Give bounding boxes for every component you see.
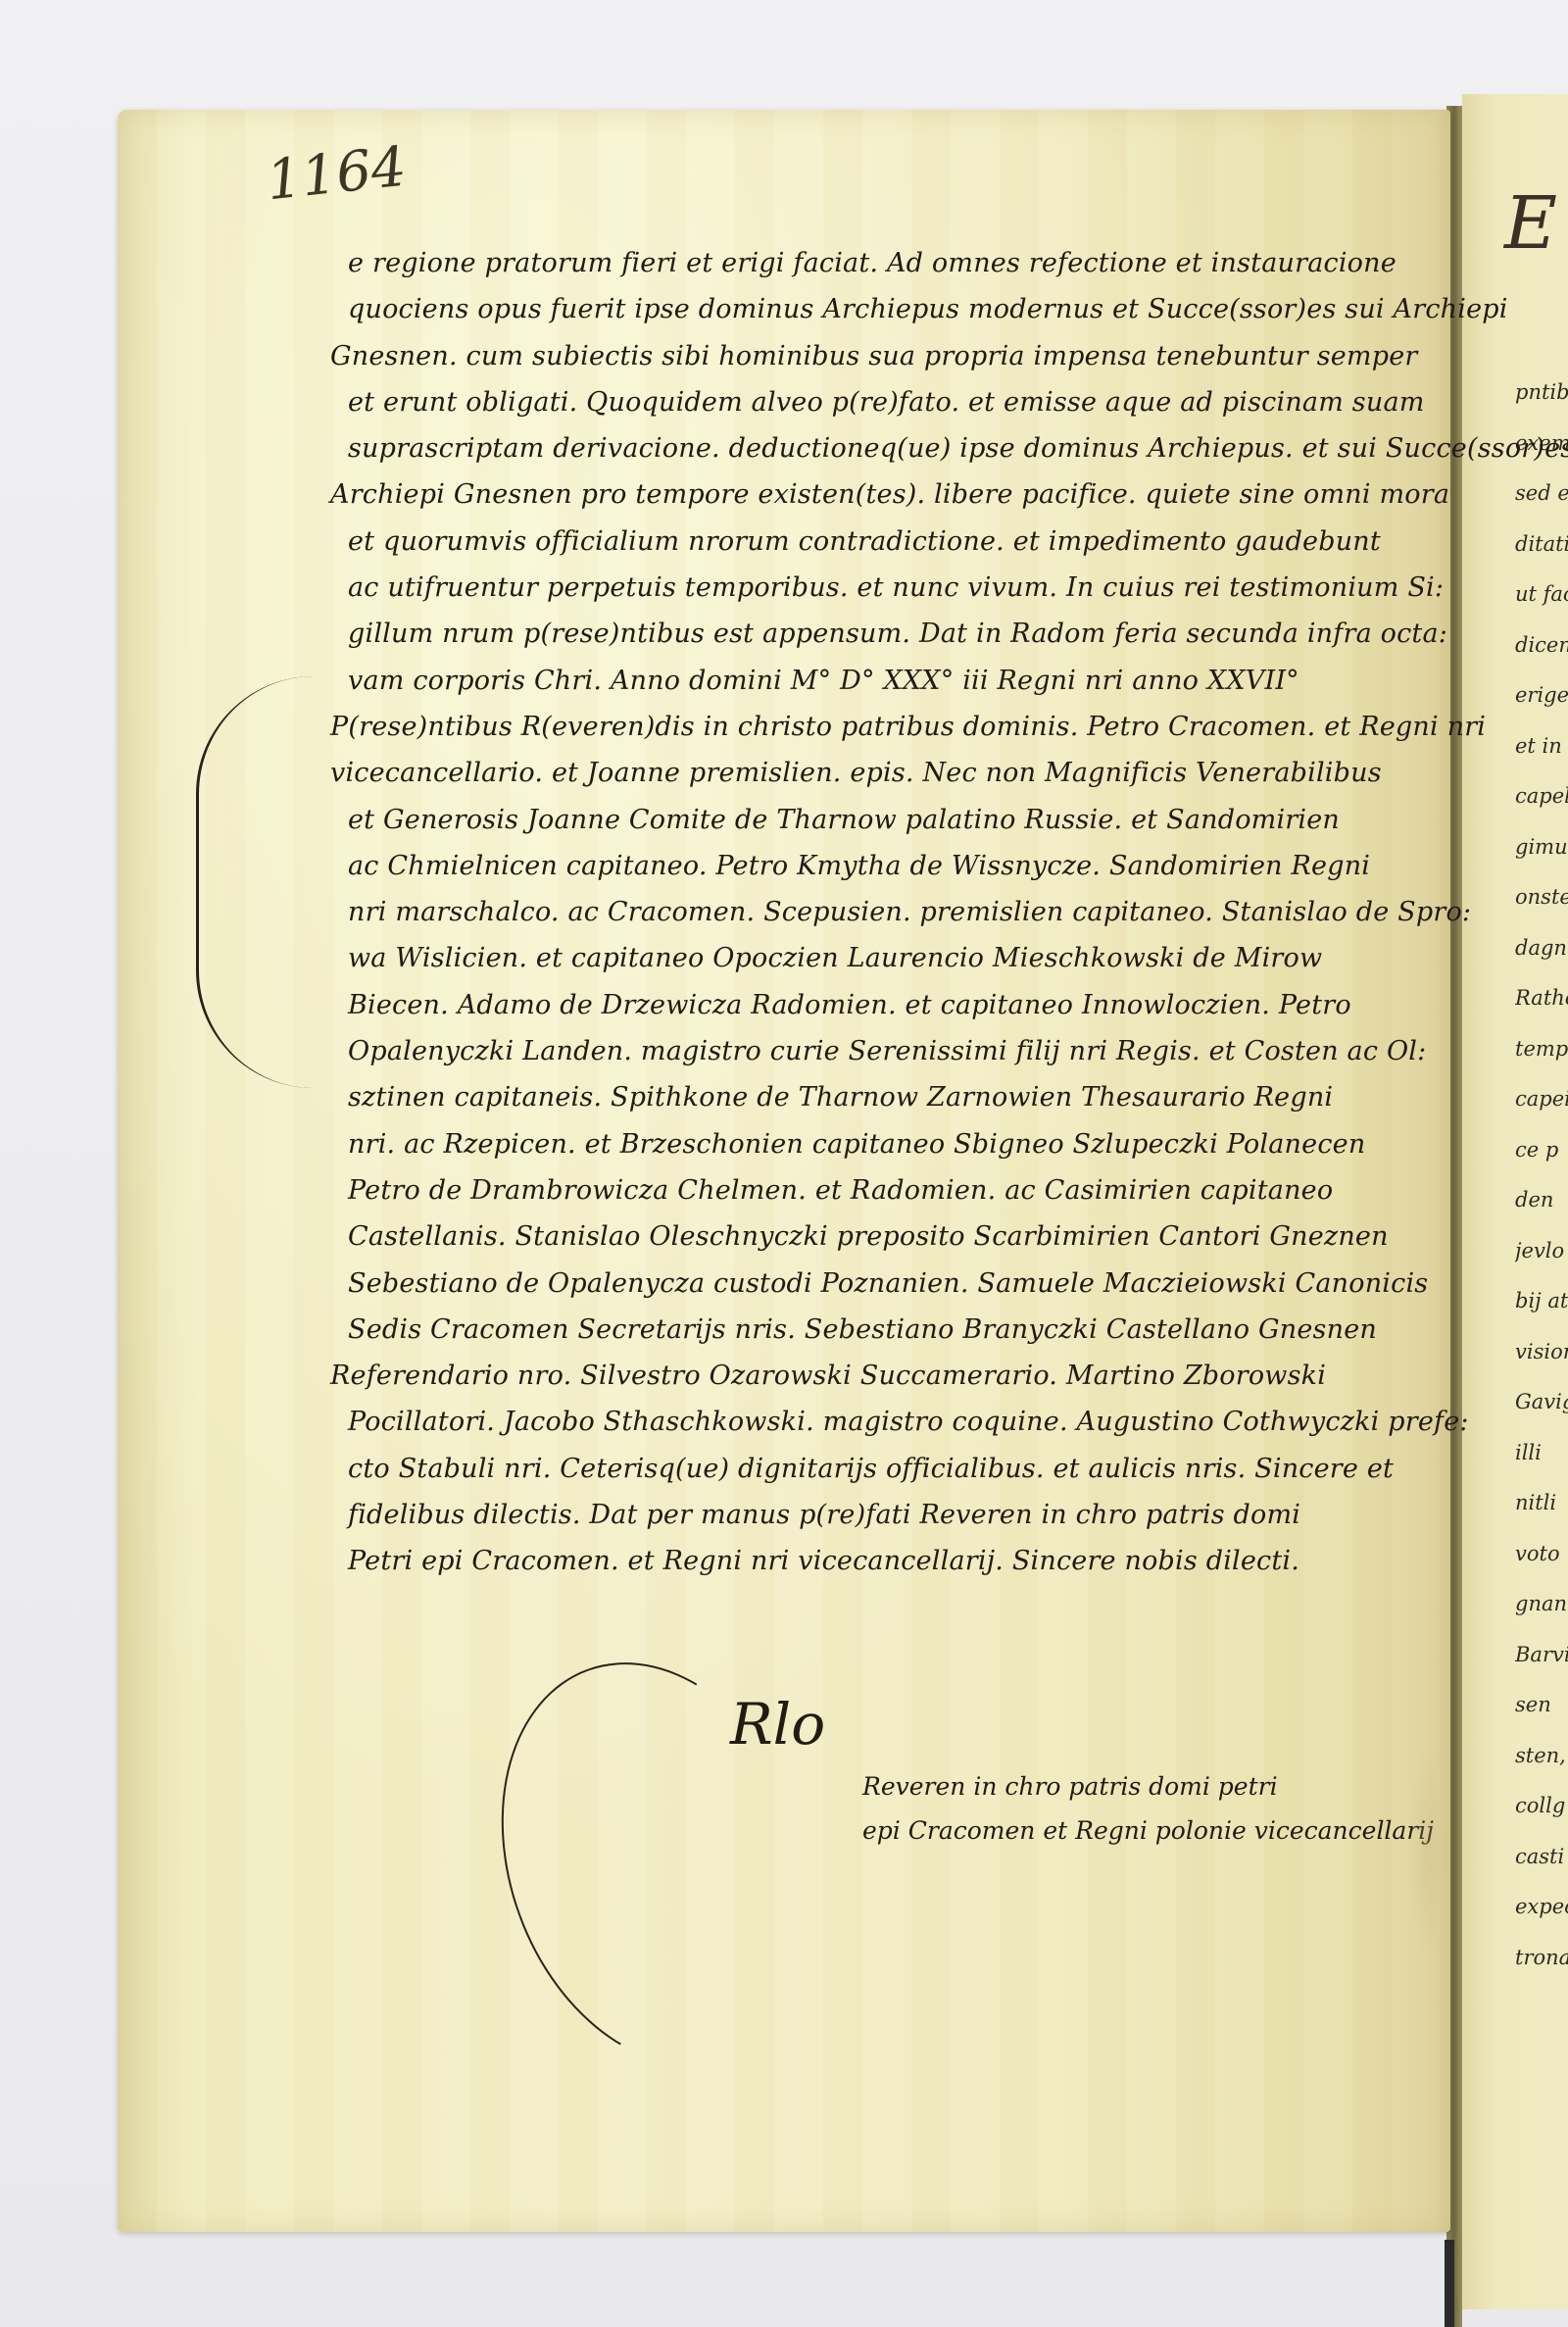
text-line: et Generosis Joanne Comite de Tharnow pa…	[348, 797, 1387, 843]
text-line: nri. ac Rzepicen. et Brzeschonien capita…	[348, 1121, 1387, 1167]
text-line: quociens opus fuerit ipse dominus Archie…	[348, 286, 1387, 332]
facing-text-fragment: dagni	[1515, 923, 1568, 974]
text-line: wa Wislicien. et capitaneo Opoczien Laur…	[348, 935, 1387, 981]
facing-text-fragment: bij at	[1515, 1276, 1568, 1327]
facing-text-fragment: capei	[1515, 1074, 1568, 1125]
facing-text-fragment: ditati	[1515, 520, 1568, 570]
facing-text-fragment: nitli	[1515, 1478, 1568, 1529]
facing-text-fragment: vision	[1515, 1327, 1568, 1378]
text-line: Archiepi Gnesnen pro tempore existen(tes…	[330, 471, 1387, 518]
text-line: et quorumvis officialium nrorum contradi…	[348, 519, 1387, 565]
facing-text-fragment: Barvi	[1515, 1630, 1568, 1681]
facing-text-fragment: Ratho	[1515, 973, 1568, 1024]
text-line: sztinen capitaneis. Spithkone de Tharnow…	[348, 1074, 1387, 1120]
bracket-flourish	[196, 676, 317, 1088]
text-line: Biecen. Adamo de Drzewicza Radomien. et …	[348, 982, 1387, 1028]
facing-text-fragment: tempe	[1515, 1024, 1568, 1075]
text-line: e regione pratorum fieri et erigi faciat…	[348, 240, 1387, 286]
binding-spine-edge	[1445, 2240, 1454, 2327]
text-line: fidelibus dilectis. Dat per manus p(re)f…	[348, 1492, 1387, 1538]
text-line: et erunt obligati. Quoquidem alveo p(re)…	[348, 379, 1387, 425]
facing-text-fragment: sen	[1515, 1680, 1568, 1731]
facing-text-fragment: ce p	[1515, 1125, 1568, 1176]
signature-mark: Rlo	[730, 1691, 825, 1758]
facing-text-fragment: illi	[1515, 1428, 1568, 1479]
text-line: Sedis Cracomen Secretarijs nris. Sebesti…	[348, 1307, 1387, 1353]
text-line: Opalenyczki Landen. magistro curie Seren…	[348, 1028, 1387, 1074]
text-line: gillum nrum p(rese)ntibus est appensum. …	[348, 611, 1387, 657]
facing-text-fragment: collg	[1515, 1781, 1568, 1832]
text-line: Petro de Drambrowicza Chelmen. et Radomi…	[348, 1167, 1387, 1213]
facing-text-fragment: trona	[1515, 1933, 1568, 1984]
text-line: P(rese)ntibus R(everen)dis in christo pa…	[330, 704, 1387, 750]
facing-text-fragment: capell	[1515, 771, 1568, 822]
text-line: nri marschalco. ac Cracomen. Scepusien. …	[348, 889, 1387, 935]
text-line: ac Chmielnicen capitaneo. Petro Kmytha d…	[348, 843, 1387, 889]
signature-line: Reveren in chro patris domi petri	[862, 1764, 1434, 1808]
facing-text-fragment: gnan	[1515, 1579, 1568, 1630]
signature-line: epi Cracomen et Regni polonie vicecancel…	[862, 1808, 1434, 1853]
text-line: Castellanis. Stanislao Oleschnyczki prep…	[348, 1213, 1387, 1260]
facing-text-fragment: sten,	[1515, 1731, 1568, 1782]
facing-text-fragment: expec	[1515, 1882, 1568, 1933]
text-line: Sebestiano de Opalenycza custodi Poznani…	[348, 1261, 1387, 1307]
facing-page-initial: E	[1504, 181, 1557, 266]
signature-block: Reveren in chro patris domi petriepi Cra…	[862, 1764, 1434, 1853]
text-line: cto Stabuli nri. Ceterisq(ue) dignitarij…	[348, 1446, 1387, 1492]
facing-text-fragment: casti	[1515, 1832, 1568, 1883]
facing-text-fragment: et in	[1515, 721, 1568, 772]
water-stain	[1408, 1750, 1447, 1956]
facing-text-fragment: pntibus	[1515, 368, 1568, 419]
facing-text-fragment: ut fac	[1515, 569, 1568, 620]
text-line: Pocillatori. Jacobo Sthaschkowski. magis…	[348, 1399, 1387, 1445]
facing-text-fragment: voto	[1515, 1529, 1568, 1580]
main-text-block: e regione pratorum fieri et erigi faciat…	[348, 240, 1387, 1585]
facing-text-fragment: gimus	[1515, 822, 1568, 873]
facing-text-fragment: sed eti	[1515, 469, 1568, 520]
facing-text-fragment: dicendi	[1515, 620, 1568, 671]
facing-text-fragment: Gavig	[1515, 1377, 1568, 1428]
text-line: suprascriptam derivacione. deductioneq(u…	[348, 425, 1387, 471]
facing-page-text: pntibusexempsed etiditatiut facdicendier…	[1515, 368, 1568, 1983]
text-line: Gnesnen. cum subiectis sibi hominibus su…	[330, 333, 1387, 379]
text-line: Referendario nro. Silvestro Ozarowski Su…	[330, 1353, 1387, 1399]
facing-text-fragment: erigen	[1515, 670, 1568, 721]
facing-text-fragment: onster	[1515, 872, 1568, 923]
text-line: vicecancellario. et Joanne premislien. e…	[330, 750, 1387, 796]
text-line: Petri epi Cracomen. et Regni nri vicecan…	[348, 1538, 1387, 1584]
text-line: vam corporis Chri. Anno domini M° D° XXX…	[348, 658, 1387, 704]
facing-text-fragment: den	[1515, 1175, 1568, 1226]
facing-text-fragment: jevlo	[1515, 1226, 1568, 1277]
text-line: ac utifruentur perpetuis temporibus. et …	[348, 565, 1387, 611]
